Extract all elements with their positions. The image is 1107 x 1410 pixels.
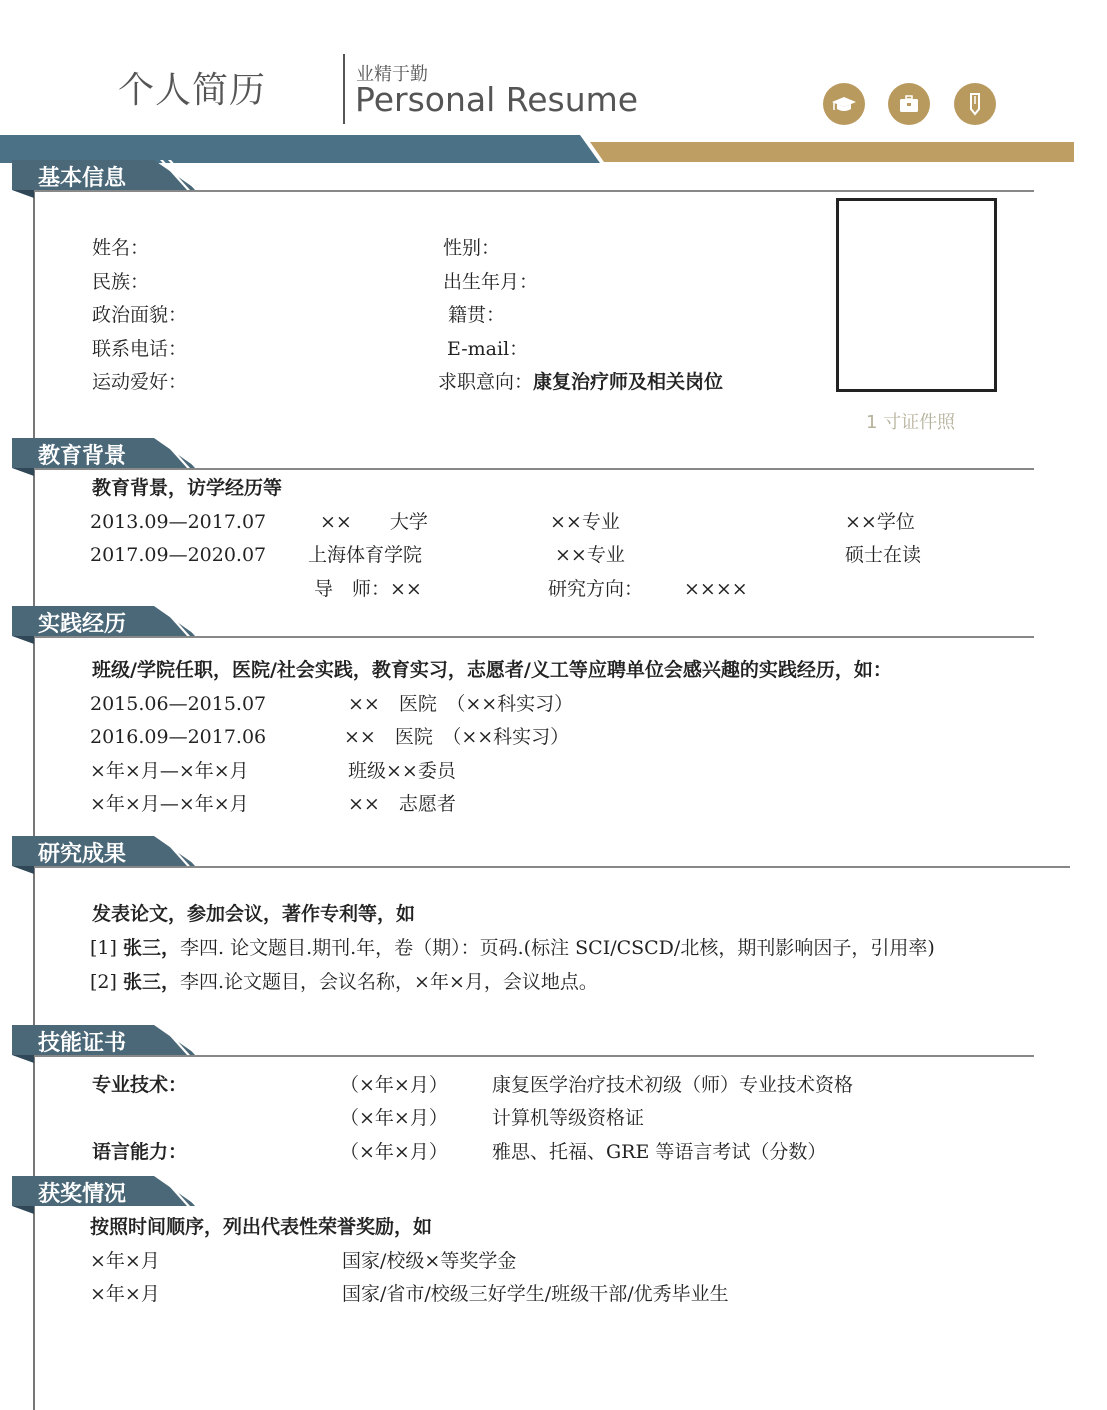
education-school: 上海体育学院 bbox=[308, 546, 422, 565]
section-title: 实践经历 bbox=[38, 607, 126, 638]
job-intent-label: 求职意向： bbox=[438, 371, 533, 393]
resume-title-en: Personal Resume bbox=[355, 80, 638, 119]
education-major: ××专业 bbox=[550, 513, 620, 532]
practice-desc: ×× 医院 （××科实习） bbox=[344, 728, 569, 747]
photo-caption: 1 寸证件照 bbox=[866, 408, 955, 434]
award-desc: 国家/省市/校级三好学生/班级干部/优秀毕业生 bbox=[342, 1285, 729, 1304]
education-advisor: 导 师：×× bbox=[314, 580, 422, 599]
awards-intro: 按照时间顺序，列出代表性荣誉奖励，如 bbox=[90, 1218, 432, 1237]
practice-desc: ×× 志愿者 bbox=[348, 795, 456, 814]
field-hobby-label: 运动爱好： bbox=[92, 373, 187, 392]
practice-desc: 班级××委员 bbox=[348, 762, 456, 781]
skills-professional-label: 专业技术： bbox=[92, 1076, 187, 1095]
field-hometown-label: 籍贯： bbox=[448, 306, 505, 325]
field-ethnicity-label: 民族： bbox=[92, 273, 149, 292]
section-header-research: 研究成果 bbox=[12, 836, 1072, 872]
header-banner-blue bbox=[0, 135, 600, 163]
practice-intro: 班级/学院任职，医院/社会实践，教育实习，志愿者/义工等应聘单位会感兴趣的实践经… bbox=[92, 661, 892, 680]
award-date: ×年×月 bbox=[90, 1252, 160, 1271]
field-name-label: 姓名： bbox=[92, 239, 149, 258]
award-date: ×年×月 bbox=[90, 1285, 160, 1304]
resume-title-cn: 个人简历 bbox=[118, 62, 266, 113]
skills-language-label: 语言能力： bbox=[92, 1143, 187, 1162]
skill-desc: 计算机等级资格证 bbox=[492, 1109, 644, 1128]
skill-date: （×年×月） bbox=[340, 1109, 448, 1128]
section-title: 基本信息 bbox=[38, 161, 126, 192]
skill-date: （×年×月） bbox=[340, 1143, 448, 1162]
job-intent-value: 康复治疗师及相关岗位 bbox=[533, 371, 723, 393]
job-intent: 求职意向：康复治疗师及相关岗位 bbox=[438, 373, 723, 392]
education-degree: ××学位 bbox=[845, 513, 915, 532]
left-rail-line bbox=[33, 190, 35, 1410]
research-item: [2] 张三，李四.论文题目，会议名称，×年×月，会议地点。 bbox=[90, 973, 598, 992]
section-header-education: 教育背景 bbox=[12, 438, 1072, 474]
research-direction-label: 研究方向： bbox=[548, 580, 643, 599]
practice-date: 2016.09—2017.06 bbox=[90, 728, 266, 747]
field-birth-label: 出生年月： bbox=[443, 273, 538, 292]
photo-placeholder bbox=[836, 198, 997, 392]
skill-desc: 雅思、托福、GRE 等语言考试（分数） bbox=[492, 1143, 826, 1162]
research-intro: 发表论文，参加会议，著作专利等，如 bbox=[92, 905, 415, 924]
education-school: ×× 大学 bbox=[320, 513, 428, 532]
section-header-basic-info: 基本信息 bbox=[12, 160, 1072, 196]
section-header-skills: 技能证书 bbox=[12, 1025, 1072, 1061]
research-item: [1] 张三，李四. 论文题目.期刊.年，卷（期）：页码.(标注 SCI/CSC… bbox=[90, 939, 935, 958]
practice-date: 2015.06—2015.07 bbox=[90, 695, 266, 714]
section-title: 教育背景 bbox=[38, 439, 126, 470]
award-desc: 国家/校级×等奖学金 bbox=[342, 1252, 516, 1271]
field-phone-label: 联系电话： bbox=[92, 340, 187, 359]
section-title: 获奖情况 bbox=[38, 1177, 126, 1208]
field-political-label: 政治面貌： bbox=[92, 306, 187, 325]
section-header-practice: 实践经历 bbox=[12, 606, 1072, 642]
practice-desc: ×× 医院 （××科实习） bbox=[348, 695, 573, 714]
graduation-cap-icon bbox=[823, 83, 865, 125]
education-date: 2017.09—2020.07 bbox=[90, 546, 266, 565]
header-banner-gold bbox=[590, 142, 1074, 162]
title-divider bbox=[343, 54, 345, 124]
field-gender-label: 性别： bbox=[443, 239, 500, 258]
field-email-label: E-mail： bbox=[447, 340, 528, 359]
briefcase-icon bbox=[888, 83, 930, 125]
education-degree: 硕士在读 bbox=[845, 546, 921, 565]
pencil-icon bbox=[954, 83, 996, 125]
practice-date: ×年×月—×年×月 bbox=[90, 795, 249, 814]
education-intro: 教育背景，访学经历等 bbox=[92, 479, 282, 498]
skill-date: （×年×月） bbox=[340, 1076, 448, 1095]
research-direction-value: ×××× bbox=[684, 580, 748, 599]
skill-desc: 康复医学治疗技术初级（师）专业技术资格 bbox=[492, 1076, 853, 1095]
education-major: ××专业 bbox=[555, 546, 625, 565]
practice-date: ×年×月—×年×月 bbox=[90, 762, 249, 781]
section-title: 技能证书 bbox=[38, 1026, 126, 1057]
section-header-awards: 获奖情况 bbox=[12, 1176, 1072, 1212]
section-title: 研究成果 bbox=[38, 837, 126, 868]
education-date: 2013.09—2017.07 bbox=[90, 513, 266, 532]
